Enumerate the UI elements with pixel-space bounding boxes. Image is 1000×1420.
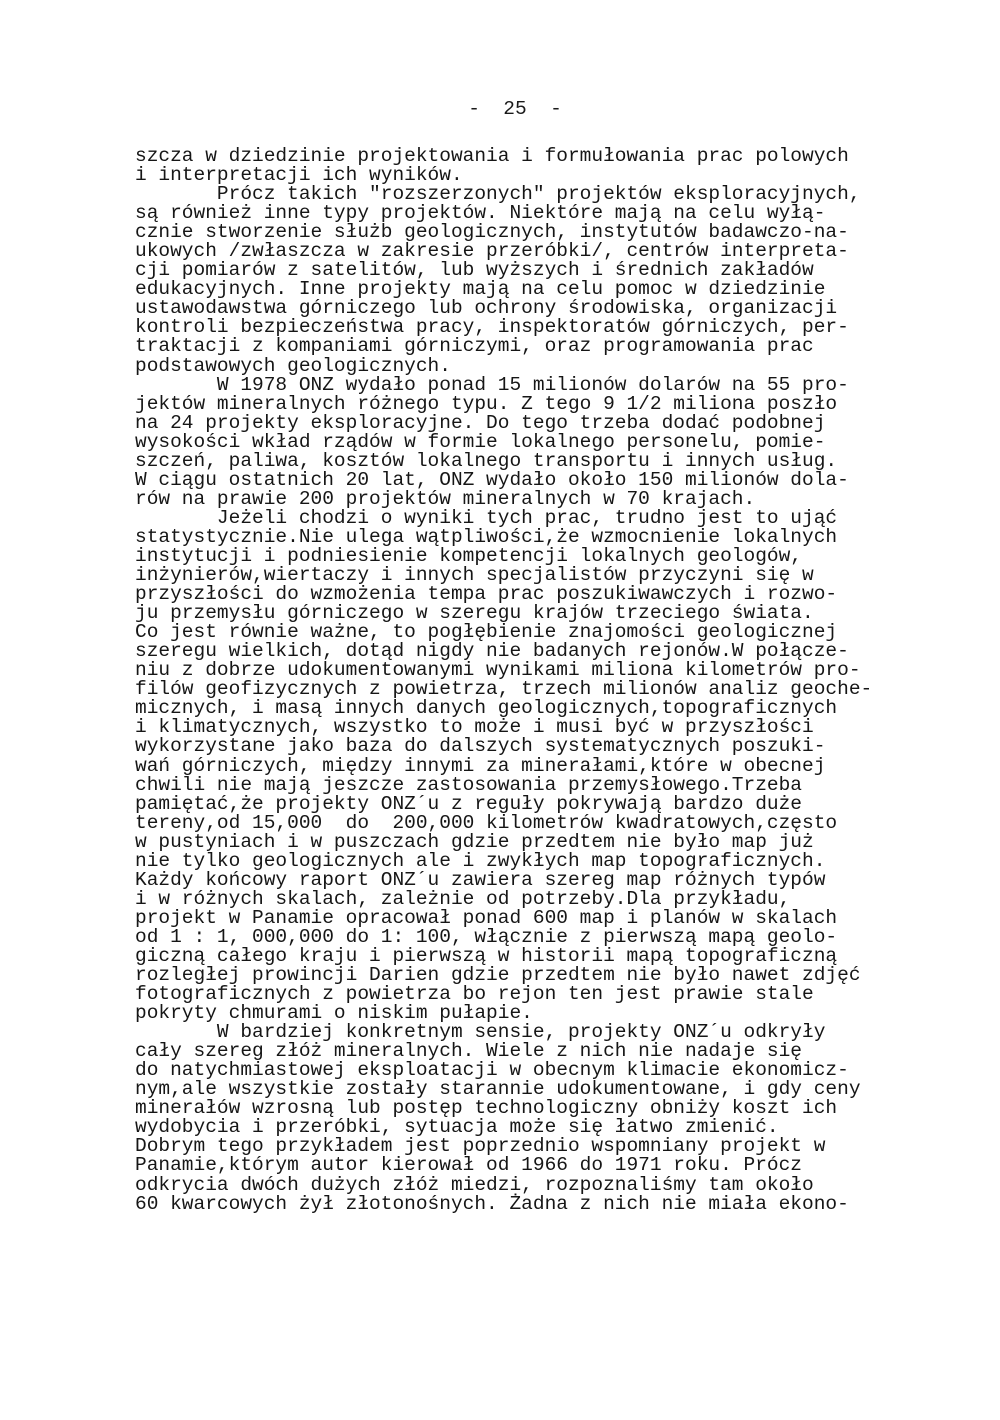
text-line: wykorzystane jako baza do dalszych syste…: [135, 737, 872, 756]
text-line: traktacji z kompaniami górniczymi, oraz …: [135, 337, 872, 356]
text-line: Panamie,którym autor kierował od 1966 do…: [135, 1156, 872, 1175]
text-line: wań górniczych, między innymi za minerał…: [135, 757, 872, 776]
text-line: tereny,od 15,000 do 200,000 kilometrów k…: [135, 814, 872, 833]
text-line: podstawowych geologicznych.: [135, 357, 872, 376]
text-line: na 24 projekty eksploracyjne. Do tego tr…: [135, 414, 872, 433]
text-line: pamiętać,że projekty ONZ´u z reguły pokr…: [135, 795, 872, 814]
text-line: w pustyniach i w puszczach gdzie przedte…: [135, 833, 872, 852]
text-line: chwili nie mają jeszcze zastosowania prz…: [135, 776, 872, 795]
text-line: wysokości wkład rządów w formie lokalneg…: [135, 433, 872, 452]
text-line: 60 kwarcowych żył złotonośnych. Żadna z …: [135, 1195, 872, 1214]
text-line: nie tylko geologicznych ale i zwykłych m…: [135, 852, 872, 871]
text-line: Każdy końcowy raport ONZ´u zawiera szere…: [135, 871, 872, 890]
page-number: - 25 -: [0, 98, 1000, 120]
text-line: W 1978 ONZ wydało ponad 15 milionów dola…: [135, 376, 872, 395]
text-line: W ciągu ostatnich 20 lat, ONZ wydało oko…: [135, 471, 872, 490]
text-line: szczeń, paliwa, kosztów lokalnego transp…: [135, 452, 872, 471]
document-body-text: szcza w dziedzinie projektowania i formu…: [135, 147, 872, 1214]
text-line: odkrycia dwóch dużych złóż miedzi, rozpo…: [135, 1176, 872, 1195]
text-line: jektów mineralnych różnego typu. Z tego …: [135, 395, 872, 414]
